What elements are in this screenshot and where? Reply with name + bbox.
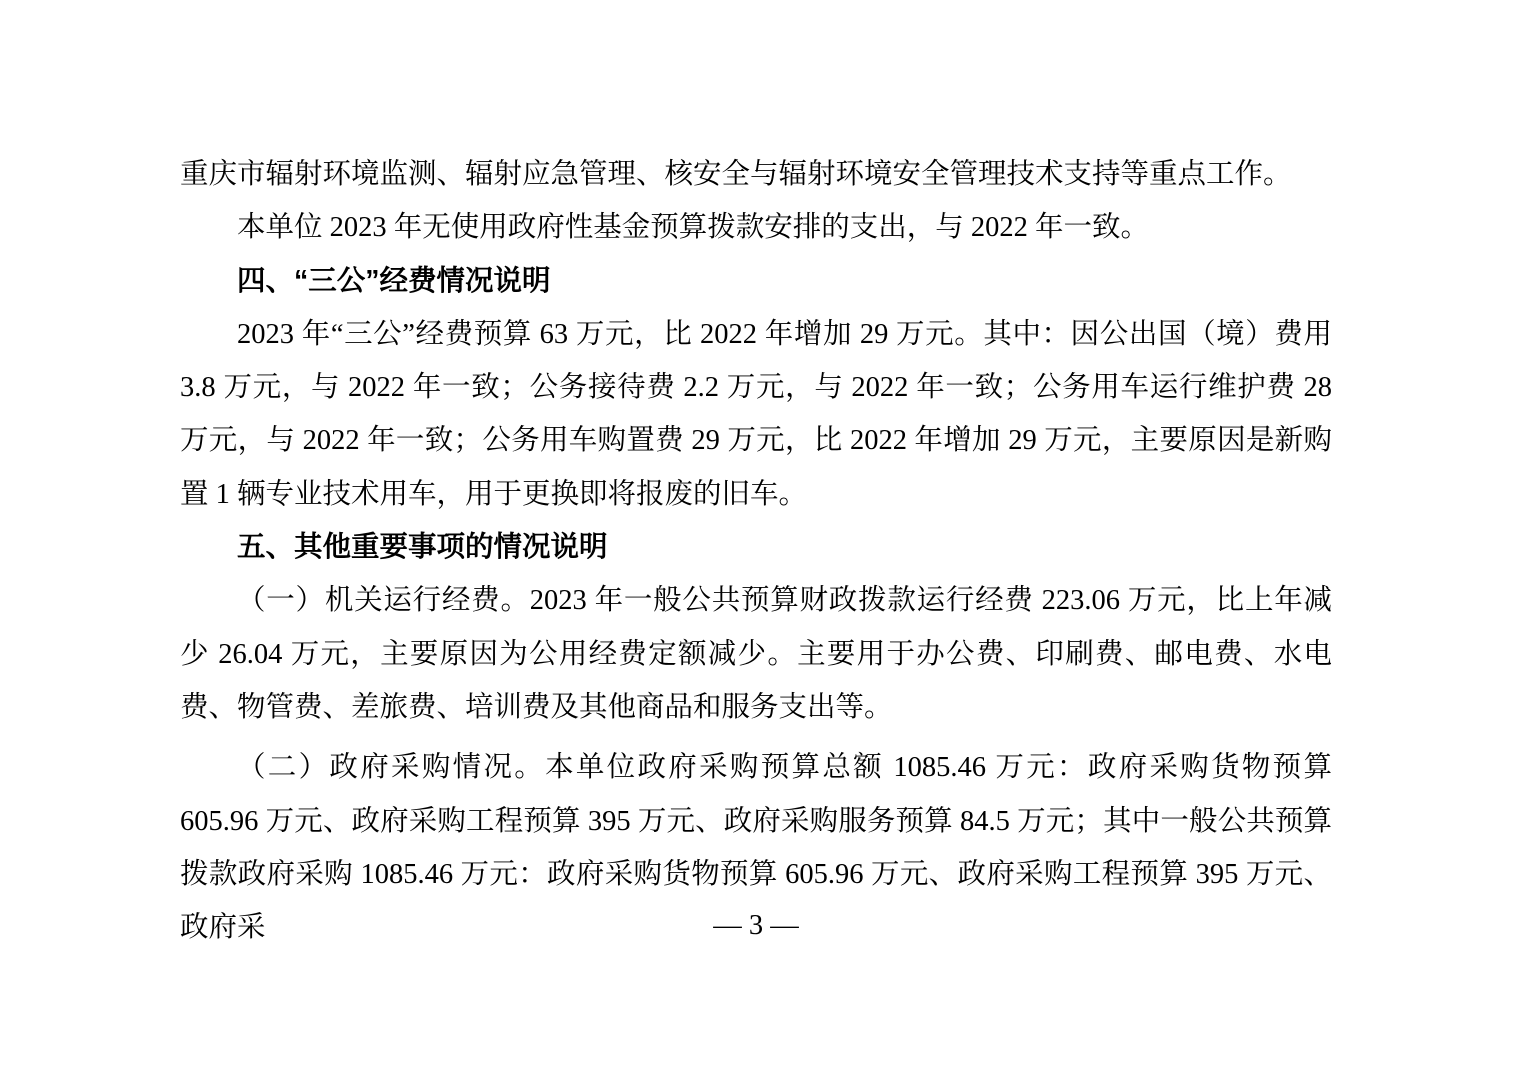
page-footer: — 3 — [180, 906, 1332, 946]
page-content: 重庆市辐射环境监测、辐射应急管理、核安全与辐射环境安全管理技术支持等重点工作。 … [180, 148, 1332, 954]
paragraph-continuation: 重庆市辐射环境监测、辐射应急管理、核安全与辐射环境安全管理技术支持等重点工作。 [180, 148, 1332, 201]
section-heading-four-three-public-funds: 四、“三公”经费情况说明 [180, 255, 1332, 308]
section-heading-five-other-important-items: 五、其他重要事项的情况说明 [180, 521, 1332, 574]
paragraph-three-public-funds-detail: 2023 年“三公”经费预算 63 万元，比 2022 年增加 29 万元。其中… [180, 308, 1332, 521]
paragraph-agency-operating-expenses: （一）机关运行经费。2023 年一般公共预算财政拨款运行经费 223.06 万元… [180, 574, 1332, 734]
paragraph-government-fund: 本单位 2023 年无使用政府性基金预算拨款安排的支出，与 2022 年一致。 [180, 201, 1332, 254]
page-number: — 3 — [713, 910, 799, 941]
document-page: 重庆市辐射环境监测、辐射应急管理、核安全与辐射环境安全管理技术支持等重点工作。 … [0, 0, 1520, 1074]
